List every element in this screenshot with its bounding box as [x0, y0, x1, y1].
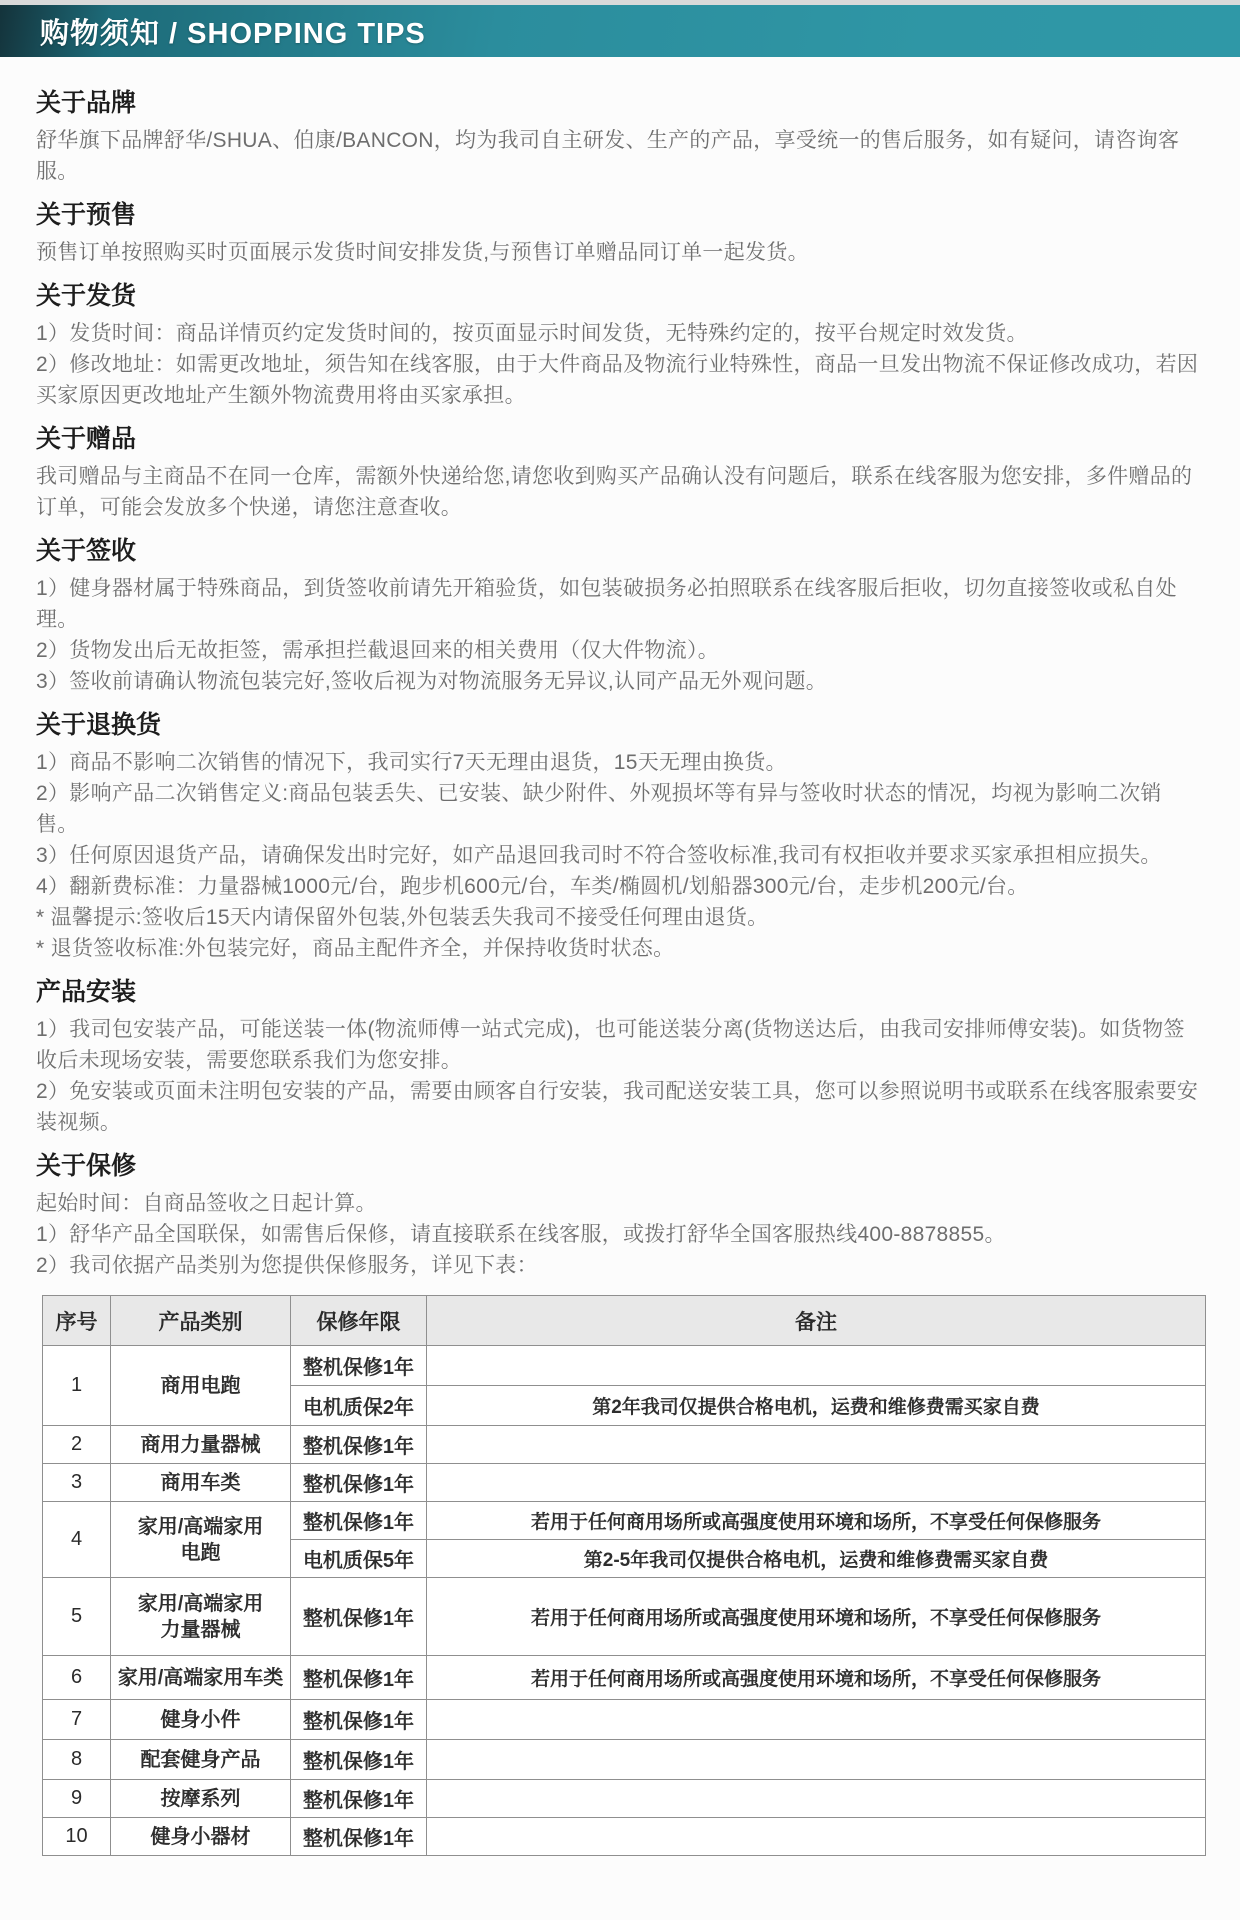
section-heading: 关于品牌 — [36, 87, 1204, 119]
section-heading: 关于预售 — [36, 199, 1204, 231]
table-row: 6 家用/高端家用车类 整机保修1年 若用于任何商用场所或高强度使用环境和场所，… — [43, 1656, 1206, 1700]
section-warranty: 关于保修 起始时间：自商品签收之日起计算。 1）舒华产品全国联保，如需售后保修，… — [36, 1150, 1204, 1281]
paragraph: 2）货物发出后无故拒签，需承担拦截退回来的相关费用（仅大件物流）。 — [36, 635, 1204, 666]
cell-no: 2 — [43, 1426, 111, 1464]
cell-warranty: 整机保修1年 — [291, 1656, 427, 1700]
shopping-tips-content: 关于品牌 舒华旗下品牌舒华/SHUA、伯康/BANCON，均为我司自主研发、生产… — [0, 57, 1240, 1856]
cell-category: 商用车类 — [111, 1464, 291, 1502]
table-row: 1 商用电跑 整机保修1年 — [43, 1346, 1206, 1386]
table-row: 7 健身小件 整机保修1年 — [43, 1700, 1206, 1740]
col-header-note: 备注 — [427, 1296, 1206, 1346]
table-row: 4 家用/高端家用 电跑 整机保修1年 若用于任何商用场所或高强度使用环境和场所… — [43, 1502, 1206, 1540]
cell-category: 家用/高端家用 力量器械 — [111, 1578, 291, 1656]
cell-no: 9 — [43, 1780, 111, 1818]
cell-warranty: 电机质保5年 — [291, 1540, 427, 1578]
paragraph: 1）健身器材属于特殊商品，到货签收前请先开箱验货，如包装破损务必拍照联系在线客服… — [36, 573, 1204, 635]
cell-warranty: 整机保修1年 — [291, 1502, 427, 1540]
cell-note — [427, 1780, 1206, 1818]
cell-note — [427, 1426, 1206, 1464]
cell-warranty: 整机保修1年 — [291, 1700, 427, 1740]
paragraph: 3）签收前请确认物流包装完好,签收后视为对物流服务无异议,认同产品无外观问题。 — [36, 666, 1204, 697]
paragraph: 预售订单按照购买时页面展示发货时间安排发货,与预售订单赠品同订单一起发货。 — [36, 237, 1204, 268]
cell-no: 3 — [43, 1464, 111, 1502]
paragraph: 1）发货时间：商品详情页约定发货时间的，按页面显示时间发货，无特殊约定的，按平台… — [36, 318, 1204, 349]
header-bar: 购物须知 / SHOPPING TIPS — [0, 5, 1240, 57]
section-sign-off: 关于签收 1）健身器材属于特殊商品，到货签收前请先开箱验货，如包装破损务必拍照联… — [36, 535, 1204, 697]
paragraph: 1）舒华产品全国联保，如需售后保修，请直接联系在线客服，或拨打舒华全国客服热线4… — [36, 1219, 1204, 1250]
cell-note — [427, 1700, 1206, 1740]
paragraph: 2）我司依据产品类别为您提供保修服务，详见下表： — [36, 1250, 1204, 1281]
paragraph: 我司赠品与主商品不在同一仓库，需额外快递给您,请您收到购买产品确认没有问题后，联… — [36, 461, 1204, 523]
cell-category: 家用/高端家用 电跑 — [111, 1502, 291, 1578]
cell-category: 商用力量器械 — [111, 1426, 291, 1464]
cell-warranty: 整机保修1年 — [291, 1346, 427, 1386]
cell-warranty: 整机保修1年 — [291, 1426, 427, 1464]
section-heading: 关于保修 — [36, 1150, 1204, 1182]
cell-warranty: 整机保修1年 — [291, 1740, 427, 1780]
section-heading: 产品安装 — [36, 976, 1204, 1008]
paragraph: 1）我司包安装产品，可能送装一体(物流师傅一站式完成)，也可能送装分离(货物送达… — [36, 1014, 1204, 1076]
section-heading: 关于签收 — [36, 535, 1204, 567]
cell-no: 10 — [43, 1818, 111, 1856]
cell-warranty: 电机质保2年 — [291, 1386, 427, 1426]
cell-category: 配套健身产品 — [111, 1740, 291, 1780]
paragraph: 2）影响产品二次销售定义:商品包装丢失、已安装、缺少附件、外观损坏等有异与签收时… — [36, 778, 1204, 840]
paragraph: 3）任何原因退货产品，请确保发出时完好，如产品退回我司时不符合签收标准,我司有权… — [36, 840, 1204, 871]
cell-note — [427, 1346, 1206, 1386]
page-title: 购物须知 / SHOPPING TIPS — [40, 11, 426, 52]
col-header-warranty: 保修年限 — [291, 1296, 427, 1346]
cell-no: 6 — [43, 1656, 111, 1700]
section-about-brand: 关于品牌 舒华旗下品牌舒华/SHUA、伯康/BANCON，均为我司自主研发、生产… — [36, 87, 1204, 187]
table-row: 5 家用/高端家用 力量器械 整机保修1年 若用于任何商用场所或高强度使用环境和… — [43, 1578, 1206, 1656]
cell-category: 家用/高端家用车类 — [111, 1656, 291, 1700]
section-installation: 产品安装 1）我司包安装产品，可能送装一体(物流师傅一站式完成)，也可能送装分离… — [36, 976, 1204, 1138]
paragraph: * 温馨提示:签收后15天内请保留外包装,外包装丢失我司不接受任何理由退货。 — [36, 902, 1204, 933]
cell-no: 7 — [43, 1700, 111, 1740]
cell-note: 第2-5年我司仅提供合格电机，运费和维修费需买家自费 — [427, 1540, 1206, 1578]
table-row: 2 商用力量器械 整机保修1年 — [43, 1426, 1206, 1464]
paragraph: 2）修改地址：如需更改地址，须告知在线客服，由于大件商品及物流行业特殊性，商品一… — [36, 349, 1204, 411]
warranty-table: 序号 产品类别 保修年限 备注 1 商用电跑 整机保修1年 电机质保2年 第2年… — [42, 1295, 1206, 1856]
section-heading: 关于赠品 — [36, 423, 1204, 455]
cell-note: 若用于任何商用场所或高强度使用环境和场所，不享受任何保修服务 — [427, 1656, 1206, 1700]
cell-category: 健身小件 — [111, 1700, 291, 1740]
cell-note: 第2年我司仅提供合格电机，运费和维修费需买家自费 — [427, 1386, 1206, 1426]
section-heading: 关于发货 — [36, 280, 1204, 312]
section-shipping: 关于发货 1）发货时间：商品详情页约定发货时间的，按页面显示时间发货，无特殊约定… — [36, 280, 1204, 411]
paragraph: 2）免安装或页面未注明包安装的产品，需要由顾客自行安装，我司配送安装工具，您可以… — [36, 1076, 1204, 1138]
cell-category: 健身小器材 — [111, 1818, 291, 1856]
cell-category: 商用电跑 — [111, 1346, 291, 1426]
table-row: 9 按摩系列 整机保修1年 — [43, 1780, 1206, 1818]
table-row: 8 配套健身产品 整机保修1年 — [43, 1740, 1206, 1780]
cell-warranty: 整机保修1年 — [291, 1464, 427, 1502]
cell-warranty: 整机保修1年 — [291, 1780, 427, 1818]
col-header-category: 产品类别 — [111, 1296, 291, 1346]
section-presale: 关于预售 预售订单按照购买时页面展示发货时间安排发货,与预售订单赠品同订单一起发… — [36, 199, 1204, 268]
cell-note — [427, 1464, 1206, 1502]
cell-note — [427, 1818, 1206, 1856]
cell-note: 若用于任何商用场所或高强度使用环境和场所，不享受任何保修服务 — [427, 1578, 1206, 1656]
paragraph: 舒华旗下品牌舒华/SHUA、伯康/BANCON，均为我司自主研发、生产的产品，享… — [36, 125, 1204, 187]
cell-no: 5 — [43, 1578, 111, 1656]
table-header-row: 序号 产品类别 保修年限 备注 — [43, 1296, 1206, 1346]
cell-note — [427, 1740, 1206, 1780]
table-row: 3 商用车类 整机保修1年 — [43, 1464, 1206, 1502]
paragraph: * 退货签收标准:外包装完好，商品主配件齐全，并保持收货时状态。 — [36, 933, 1204, 964]
cell-no: 8 — [43, 1740, 111, 1780]
section-gifts: 关于赠品 我司赠品与主商品不在同一仓库，需额外快递给您,请您收到购买产品确认没有… — [36, 423, 1204, 523]
cell-no: 4 — [43, 1502, 111, 1578]
cell-category: 按摩系列 — [111, 1780, 291, 1818]
paragraph: 起始时间：自商品签收之日起计算。 — [36, 1188, 1204, 1219]
cell-no: 1 — [43, 1346, 111, 1426]
paragraph: 1）商品不影响二次销售的情况下，我司实行7天无理由退货，15天无理由换货。 — [36, 747, 1204, 778]
cell-warranty: 整机保修1年 — [291, 1578, 427, 1656]
col-header-no: 序号 — [43, 1296, 111, 1346]
cell-note: 若用于任何商用场所或高强度使用环境和场所，不享受任何保修服务 — [427, 1502, 1206, 1540]
section-returns: 关于退换货 1）商品不影响二次销售的情况下，我司实行7天无理由退货，15天无理由… — [36, 709, 1204, 964]
paragraph: 4）翻新费标准：力量器械1000元/台，跑步机600元/台，车类/椭圆机/划船器… — [36, 871, 1204, 902]
section-heading: 关于退换货 — [36, 709, 1204, 741]
table-row: 10 健身小器材 整机保修1年 — [43, 1818, 1206, 1856]
cell-warranty: 整机保修1年 — [291, 1818, 427, 1856]
